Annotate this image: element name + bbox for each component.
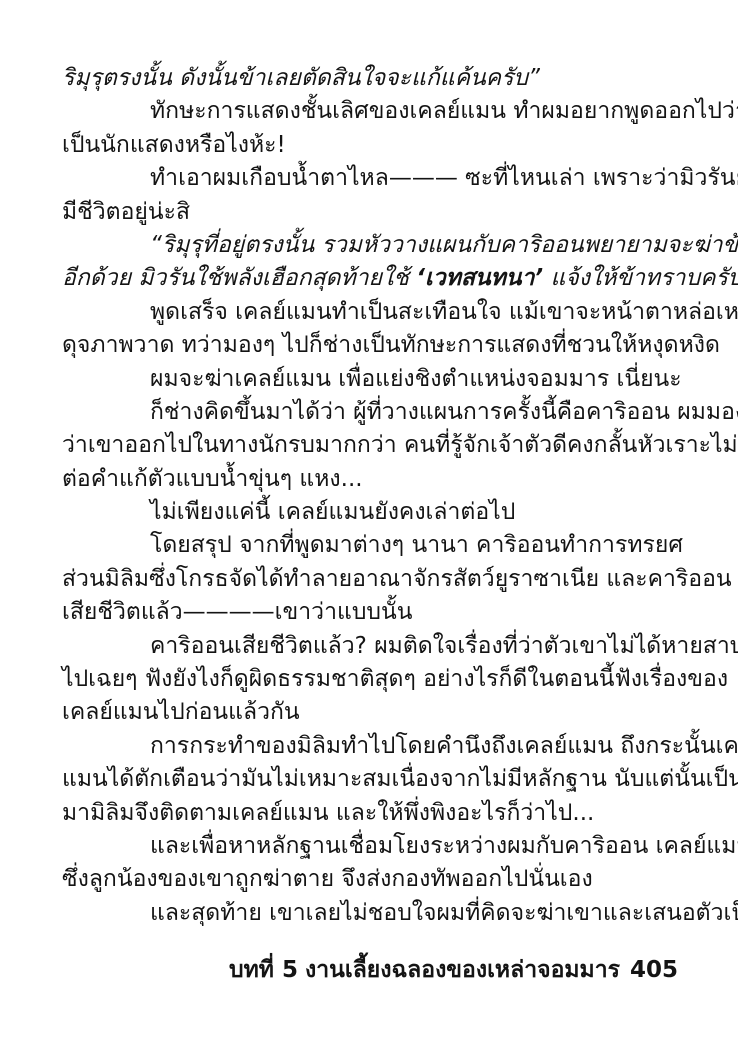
text-segment: ว่าเขาออกไปในทางนักรบมากกว่า คนที่รู้จัก… (62, 432, 738, 458)
paragraph-9: โดยสรุป จากที่พูดมาต่างๆ นานา คาริออนทำก… (62, 529, 680, 629)
emphasized-term: ‘เวทสนทนา’ (416, 265, 543, 291)
paragraph-2: ทักษะการแสดงชั้นเลิศของเคลย์แมน ทำผมอยาก… (62, 95, 680, 162)
text-line: คาริออนเสียชีวิตแล้ว? ผมติดใจเรื่องที่ว่… (62, 630, 680, 663)
text-segment: “ริมุรุที่อยู่ตรงนั้น รวมหัววางแผนกับคาร… (150, 232, 738, 258)
text-segment: ทักษะการแสดงชั้นเลิศของเคลย์แมน ทำผมอยาก… (150, 98, 738, 124)
text-segment: คาริออนเสียชีวิตแล้ว? ผมติดใจเรื่องที่ว่… (150, 633, 738, 659)
text-segment: เคลย์แมนไปก่อนแล้วกัน (62, 699, 300, 725)
paragraph-1: ริมุรุตรงนั้น ดังนั้นข้าเลยตัดสินใจจะแก้… (62, 62, 680, 95)
text-segment: ไม่เพียงแค่นี้ เคลย์แมนยังคงเล่าต่อไป (150, 499, 515, 525)
text-line: “ริมุรุที่อยู่ตรงนั้น รวมหัววางแผนกับคาร… (62, 229, 680, 262)
footer-chapter-label: บทที่ 5 (229, 957, 298, 983)
text-segment: อีกด้วย มิวรันใช้พลังเฮือกสุดท้ายใช้ (62, 265, 416, 291)
text-line: และสุดท้าย เขาเลยไม่ชอบใจผมที่คิดจะฆ่าเข… (62, 897, 680, 930)
text-segment: เป็นนักแสดงหรือไงห้ะ! (62, 132, 286, 158)
text-segment: แมนได้ตักเตือนว่ามันไม่เหมาะสมเนื่องจากไ… (62, 766, 738, 792)
text-line: และเพื่อหาหลักฐานเชื่อมโยงระหว่างผมกับคา… (62, 830, 680, 863)
text-line: ดุจภาพวาด ทว่ามองๆ ไปก็ช่างเป็นทักษะการแ… (62, 329, 680, 362)
text-line: ว่าเขาออกไปในทางนักรบมากกว่า คนที่รู้จัก… (62, 429, 680, 462)
text-segment: ริมุรุตรงนั้น ดังนั้นข้าเลยตัดสินใจจะแก้… (62, 65, 540, 91)
page-text: ริมุรุตรงนั้น ดังนั้นข้าเลยตัดสินใจจะแก้… (62, 62, 680, 930)
text-line: โดยสรุป จากที่พูดมาต่างๆ นานา คาริออนทำก… (62, 529, 680, 562)
paragraph-10: คาริออนเสียชีวิตแล้ว? ผมติดใจเรื่องที่ว่… (62, 630, 680, 730)
footer-chapter-title: งานเลี้ยงฉลองของเหล่าจอมมาร (305, 957, 620, 983)
text-segment: ดุจภาพวาด ทว่ามองๆ ไปก็ช่างเป็นทักษะการแ… (62, 332, 720, 358)
page-footer: บทที่ 5งานเลี้ยงฉลองของเหล่าจอมมาร405 (229, 952, 678, 988)
paragraph-3: ทำเอาผมเกือบน้ำตาไหล——— ซะที่ไหนเล่า เพร… (62, 162, 680, 229)
footer-page-number: 405 (630, 957, 678, 983)
text-segment: และสุดท้าย เขาเลยไม่ชอบใจผมที่คิดจะฆ่าเข… (150, 900, 738, 926)
paragraph-12: และเพื่อหาหลักฐานเชื่อมโยงระหว่างผมกับคา… (62, 830, 680, 897)
text-line: มามิลิมจึงติดตามเคลย์แมน และให้พึ่งพิงอะ… (62, 797, 680, 830)
text-line: ต่อคำแก้ตัวแบบน้ำขุ่นๆ แหง... (62, 463, 680, 496)
book-page: ริมุรุตรงนั้น ดังนั้นข้าเลยตัดสินใจจะแก้… (0, 0, 738, 1051)
text-line: เสียชีวิตแล้ว————เขาว่าแบบนั้น (62, 596, 680, 629)
text-line: ทักษะการแสดงชั้นเลิศของเคลย์แมน ทำผมอยาก… (62, 95, 680, 128)
text-segment: ก็ช่างคิดขึ้นมาได้ว่า ผู้ที่วางแผนการครั… (150, 399, 738, 425)
text-segment: พูดเสร็จ เคลย์แมนทำเป็นสะเทือนใจ แม้เขาจ… (150, 299, 738, 325)
text-segment: ซึ่งลูกน้องของเขาถูกฆ่าตาย จึงส่งกองทัพอ… (62, 866, 593, 892)
text-line: อีกด้วย มิวรันใช้พลังเฮือกสุดท้ายใช้ ‘เว… (62, 262, 680, 295)
paragraph-11: การกระทำของมิลิมทำไปโดยคำนึงถึงเคลย์แมน … (62, 730, 680, 830)
text-segment: โดยสรุป จากที่พูดมาต่างๆ นานา คาริออนทำก… (150, 532, 683, 558)
text-segment: มามิลิมจึงติดตามเคลย์แมน และให้พึ่งพิงอะ… (62, 800, 594, 826)
paragraph-8: ไม่เพียงแค่นี้ เคลย์แมนยังคงเล่าต่อไป (62, 496, 680, 529)
text-segment: การกระทำของมิลิมทำไปโดยคำนึงถึงเคลย์แมน … (150, 733, 738, 759)
text-line: ทำเอาผมเกือบน้ำตาไหล——— ซะที่ไหนเล่า เพร… (62, 162, 680, 195)
text-line: ก็ช่างคิดขึ้นมาได้ว่า ผู้ที่วางแผนการครั… (62, 396, 680, 429)
paragraph-7: ก็ช่างคิดขึ้นมาได้ว่า ผู้ที่วางแผนการครั… (62, 396, 680, 496)
text-segment: ต่อคำแก้ตัวแบบน้ำขุ่นๆ แหง... (62, 466, 363, 492)
paragraph-6: ผมจะฆ่าเคลย์แมน เพื่อแย่งชิงตำแหน่งจอมมา… (62, 363, 680, 396)
paragraph-4: “ริมุรุที่อยู่ตรงนั้น รวมหัววางแผนกับคาร… (62, 229, 680, 296)
paragraph-5: พูดเสร็จ เคลย์แมนทำเป็นสะเทือนใจ แม้เขาจ… (62, 296, 680, 363)
text-segment: มีชีวิตอยู่น่ะสิ (62, 199, 190, 225)
text-segment: ไปเฉยๆ ฟังยังไงก็ดูผิดธรรมชาติสุดๆ อย่าง… (62, 666, 728, 692)
text-line: เป็นนักแสดงหรือไงห้ะ! (62, 129, 680, 162)
text-segment: และเพื่อหาหลักฐานเชื่อมโยงระหว่างผมกับคา… (150, 833, 738, 859)
text-segment: เสียชีวิตแล้ว————เขาว่าแบบนั้น (62, 599, 412, 625)
text-line: ไม่เพียงแค่นี้ เคลย์แมนยังคงเล่าต่อไป (62, 496, 680, 529)
text-line: ส่วนมิลิมซึ่งโกรธจัดได้ทำลายอาณาจักรสัตว… (62, 563, 680, 596)
paragraph-13: และสุดท้าย เขาเลยไม่ชอบใจผมที่คิดจะฆ่าเข… (62, 897, 680, 930)
text-line: แมนได้ตักเตือนว่ามันไม่เหมาะสมเนื่องจากไ… (62, 763, 680, 796)
text-line: ไปเฉยๆ ฟังยังไงก็ดูผิดธรรมชาติสุดๆ อย่าง… (62, 663, 680, 696)
text-line: ริมุรุตรงนั้น ดังนั้นข้าเลยตัดสินใจจะแก้… (62, 62, 680, 95)
text-segment: แจ้งให้ข้าทราบครับ” (543, 265, 738, 291)
text-line: การกระทำของมิลิมทำไปโดยคำนึงถึงเคลย์แมน … (62, 730, 680, 763)
text-segment: ส่วนมิลิมซึ่งโกรธจัดได้ทำลายอาณาจักรสัตว… (62, 566, 732, 592)
text-line: เคลย์แมนไปก่อนแล้วกัน (62, 696, 680, 729)
text-segment: ทำเอาผมเกือบน้ำตาไหล——— ซะที่ไหนเล่า เพร… (150, 165, 738, 191)
text-line: พูดเสร็จ เคลย์แมนทำเป็นสะเทือนใจ แม้เขาจ… (62, 296, 680, 329)
text-line: ผมจะฆ่าเคลย์แมน เพื่อแย่งชิงตำแหน่งจอมมา… (62, 363, 680, 396)
text-line: มีชีวิตอยู่น่ะสิ (62, 196, 680, 229)
text-segment: ผมจะฆ่าเคลย์แมน เพื่อแย่งชิงตำแหน่งจอมมา… (150, 366, 682, 392)
text-line: ซึ่งลูกน้องของเขาถูกฆ่าตาย จึงส่งกองทัพอ… (62, 863, 680, 896)
